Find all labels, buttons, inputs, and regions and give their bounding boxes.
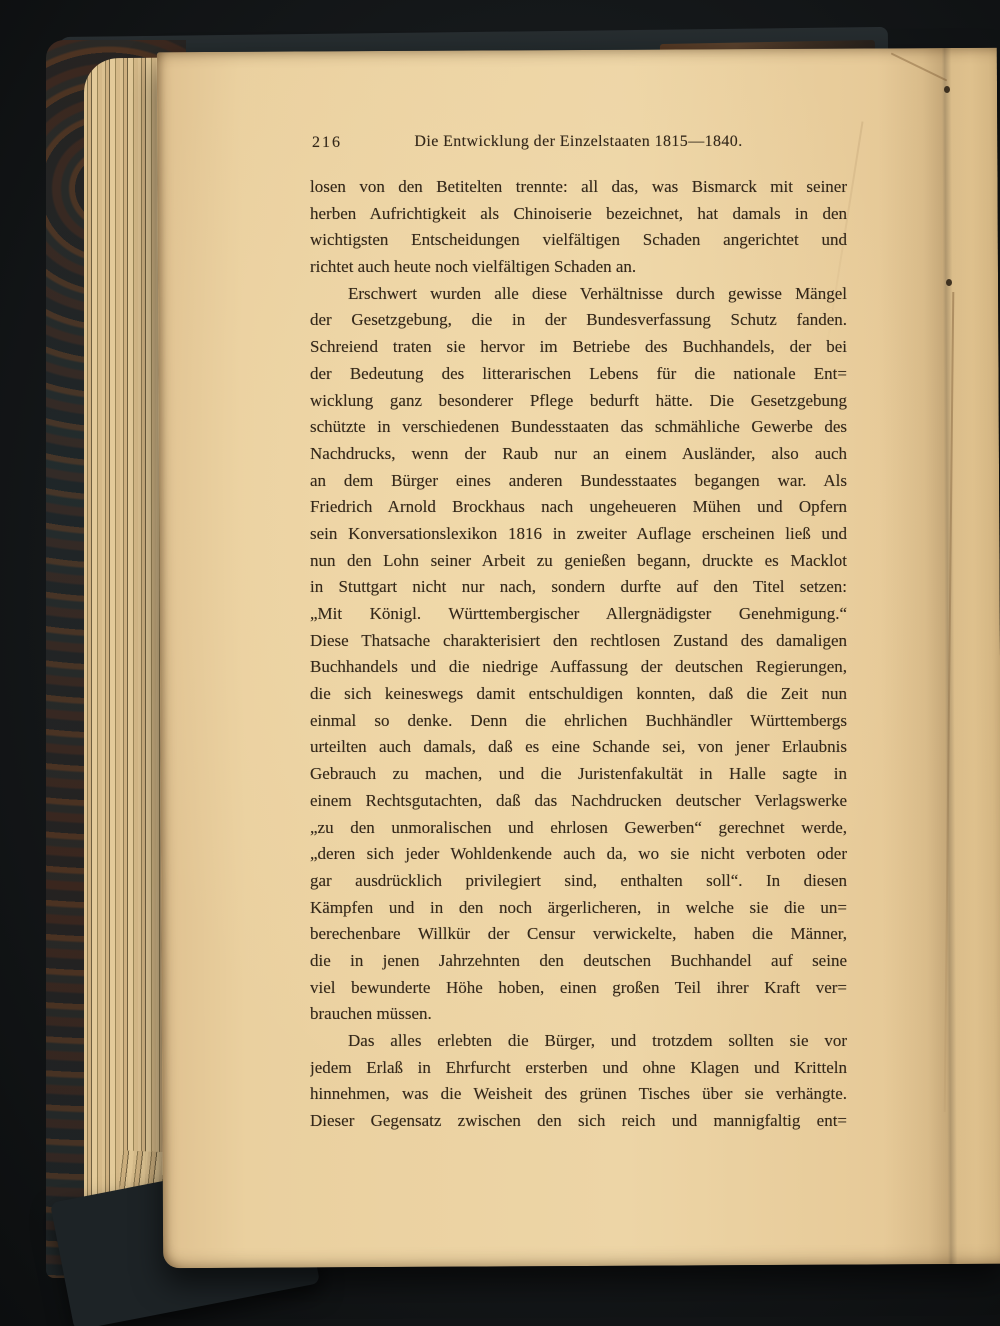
text-line: herben Aufrichtigkeit als Chinoiserie be… — [310, 201, 847, 228]
text-line: Friedrich Arnold Brockhaus nach ungeheue… — [310, 494, 847, 521]
text-line: Das alles erlebten die Bürger, und trotz… — [310, 1028, 847, 1055]
book-scan-photo: 216 Die Entwicklung der Einzelstaaten 18… — [0, 0, 1000, 1326]
text-line: Dieser Gegensatz zwischen den sich reich… — [310, 1108, 847, 1135]
printed-text-block: 216 Die Entwicklung der Einzelstaaten 18… — [310, 133, 847, 1135]
text-line: Kämpfen und in den noch ärgerlicheren, i… — [310, 895, 847, 922]
text-line: Nachdrucks, wenn der Raub nur an einem A… — [310, 441, 847, 468]
page-header: 216 Die Entwicklung der Einzelstaaten 18… — [310, 133, 847, 157]
text-line: in Stuttgart nicht nur nach, sondern dur… — [310, 574, 847, 601]
text-line: der Gesetzgebung, die in der Bundesverfa… — [310, 307, 847, 334]
text-line: Schreiend traten sie hervor im Betriebe … — [310, 334, 847, 361]
page-number: 216 — [312, 134, 342, 152]
text-line: hinnehmen, was die Weisheit des grünen T… — [310, 1081, 847, 1108]
text-line: „Mit Königl. Württembergischer Allergnäd… — [310, 601, 847, 628]
text-line: berechenbare Willkür der Censur verwicke… — [310, 921, 847, 948]
body-text: losen von den Betitelten trennte: all da… — [310, 174, 847, 1135]
text-line: an dem Bürger eines anderen Bundesstaate… — [310, 468, 847, 495]
text-line: der Bedeutung des litterarischen Lebens … — [310, 361, 847, 388]
text-line: einmal so denke. Denn die ehrlichen Buch… — [310, 708, 847, 735]
text-line: die in jenen Jahrzehnten den deutschen B… — [310, 948, 847, 975]
text-line: losen von den Betitelten trennte: all da… — [310, 174, 847, 201]
text-line: gar ausdrücklich privilegiert sind, enth… — [310, 868, 847, 895]
text-line: schützte in verschiedenen Bundesstaaten … — [310, 414, 847, 441]
text-line: richtet auch heute noch vielfältigen Sch… — [310, 254, 847, 281]
text-line: Diese Thatsache charakterisiert den rech… — [310, 628, 847, 655]
text-line: urteilten auch damals, daß es eine Schan… — [310, 734, 847, 761]
text-line: Erschwert wurden alle diese Verhältnisse… — [310, 281, 847, 308]
text-line: die sich keineswegs damit entschuldigen … — [310, 681, 847, 708]
gutter-shading — [877, 48, 1000, 1265]
running-title: Die Entwicklung der Einzelstaaten 1815—1… — [310, 133, 847, 151]
text-line: sein Konversationslexikon 1816 in zweite… — [310, 521, 847, 548]
text-line: „deren sich jeder Wohldenkende auch da, … — [310, 841, 847, 868]
text-line: einem Rechtsgutachten, daß das Nachdruck… — [310, 788, 847, 815]
text-line: Gebrauch zu machen, und die Juristenfaku… — [310, 761, 847, 788]
text-line: wicklung ganz besonderer Pflege bedurft … — [310, 388, 847, 415]
text-line: brauchen müssen. — [310, 1001, 847, 1028]
binding-stitch-hole — [946, 279, 952, 286]
text-line: viel bewunderte Höhe hoben, einen großen… — [310, 975, 847, 1002]
text-line: „zu den unmoralischen und ehrlosen Gewer… — [310, 815, 847, 842]
text-line: jedem Erlaß in Ehrfurcht ersterben und o… — [310, 1055, 847, 1082]
binding-stitch-hole — [944, 86, 950, 93]
text-line: wichtigsten Entscheidungen vielfältigen … — [310, 227, 847, 254]
text-line: nun den Lohn seiner Arbeit zu genießen b… — [310, 548, 847, 575]
text-line: Buchhandels und die niedrige Auffassung … — [310, 654, 847, 681]
